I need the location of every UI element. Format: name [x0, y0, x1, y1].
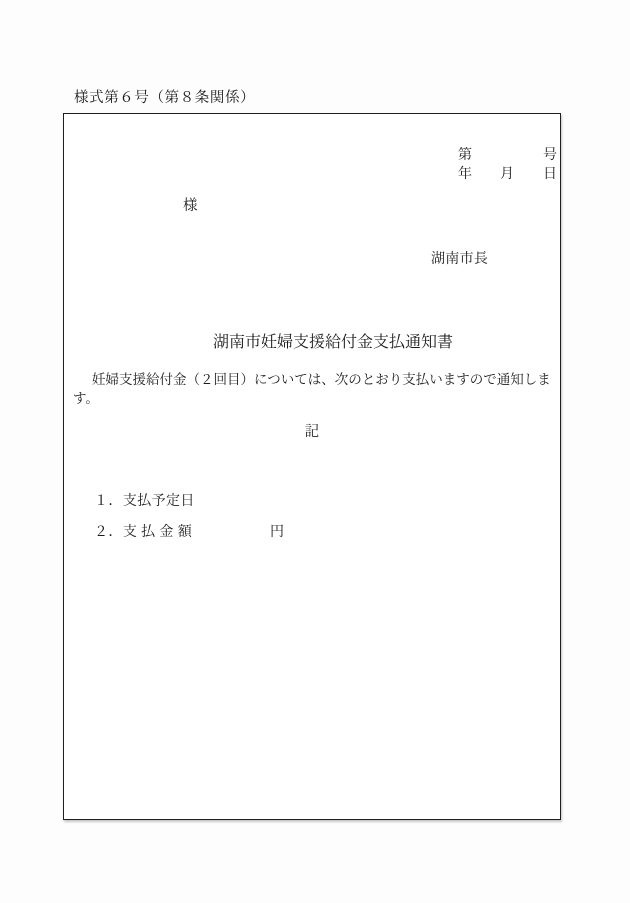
doc-number-prefix: 第: [458, 149, 472, 163]
body-paragraph: 妊婦支援給付金（２回目）については、次のとおり支払いますので通知します。: [73, 371, 552, 408]
record-marker: 記: [64, 425, 560, 440]
payment-date-item-number: １．: [94, 494, 123, 509]
notice-frame: 第 号 年 月 日 様 湖南市長 湖南市妊婦支援給付金支払通知書 妊婦支援給付金…: [63, 113, 561, 820]
payment-amount-item-number: ２．: [94, 525, 123, 540]
document-page: 様式第６号（第８条関係） 第 号 年 月 日 様 湖南市長 湖南市妊婦支援給付金…: [0, 0, 630, 903]
doc-number-suffix: 号: [543, 149, 557, 163]
form-style-label: 様式第６号（第８条関係）: [74, 91, 255, 107]
document-title: 湖南市妊婦支援給付金支払通知書: [213, 335, 453, 351]
date-month-label: 月: [500, 168, 514, 182]
payment-amount-item-label: 支 払 金 額: [123, 525, 192, 540]
date-day-label: 日: [543, 168, 557, 182]
addressee-honorific: 様: [183, 199, 198, 214]
payment-date-item: １．支払予定日: [94, 495, 195, 509]
payment-amount-item: ２．支 払 金 額 円: [94, 526, 554, 540]
sender-name: 湖南市長: [431, 253, 488, 267]
date-year-label: 年: [458, 168, 472, 182]
payment-amount-unit: 円: [270, 526, 284, 540]
payment-date-item-label: 支払予定日: [123, 494, 195, 509]
